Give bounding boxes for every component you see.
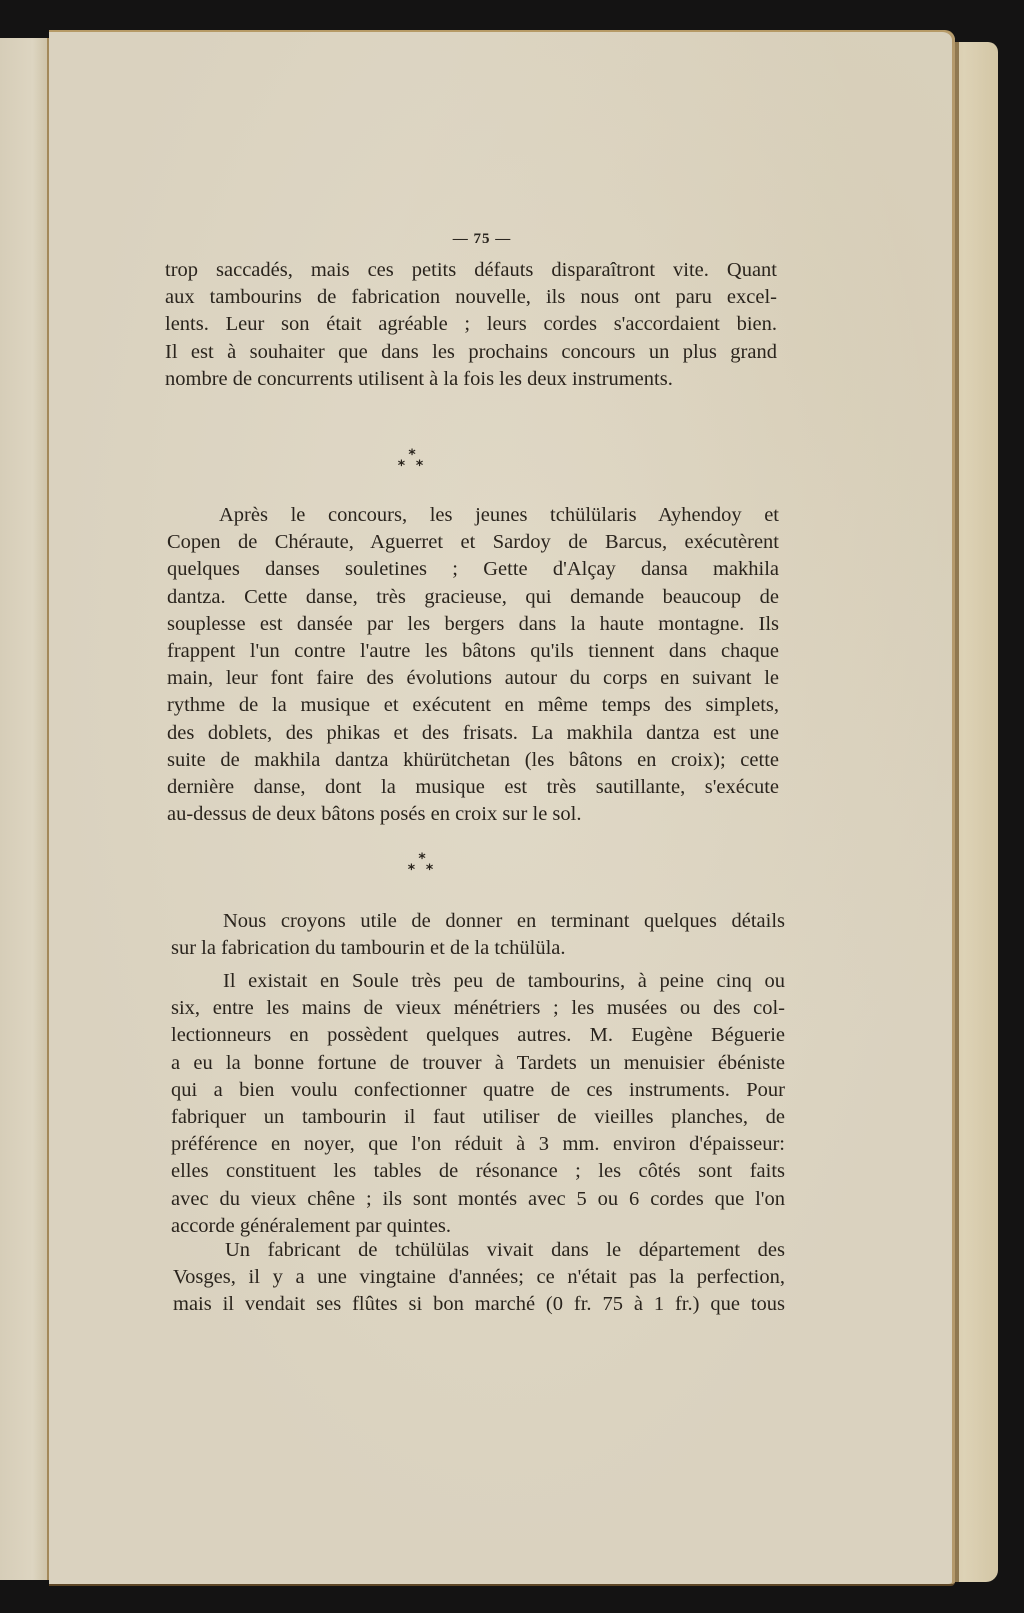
text-line: nombre de concurrents utilisent à la foi…	[165, 366, 777, 393]
text-line: quelques danses souletines ; Gette d'Alç…	[167, 556, 779, 583]
text-line: Nous croyons utile de donner en terminan…	[171, 908, 785, 935]
page-number: — 75 —	[9, 231, 955, 248]
text-line: au-dessus de deux bâtons posés en croix …	[167, 801, 779, 828]
scanned-page: — 75 — trop saccadés, mais ces petits dé…	[49, 30, 955, 1586]
text-line: aux tambourins de fabrication nouvelle, …	[165, 284, 777, 311]
text-line: a eu la bonne fortune de trouver à Tarde…	[171, 1050, 785, 1077]
asterism-divider: * * *	[0, 854, 875, 876]
text-line: dernière danse, dont la musique est très…	[167, 774, 779, 801]
previous-page-edge	[0, 38, 49, 1580]
text-line: trop saccadés, mais ces petits défauts d…	[165, 257, 777, 284]
text-line: fabriquer un tambourin il faut utiliser …	[171, 1104, 785, 1131]
asterism-divider: * * *	[0, 450, 865, 472]
text-line: mais il vendait ses flûtes si bon marché…	[173, 1291, 785, 1318]
text-line: accorde généralement par quintes.	[171, 1213, 785, 1240]
text-line: Après le concours, les jeunes tchülülari…	[167, 502, 779, 529]
text-line: qui a bien voulu confectionner quatre de…	[171, 1077, 785, 1104]
text-line: Un fabricant de tchülülas vivait dans le…	[173, 1237, 785, 1264]
text-line: Vosges, il y a une vingtaine d'années; c…	[173, 1264, 785, 1291]
text-line: Il est à souhaiter que dans les prochain…	[165, 339, 777, 366]
text-line: sur la fabrication du tambourin et de la…	[171, 935, 785, 962]
text-line: elles constituent les tables de résonanc…	[171, 1158, 785, 1185]
paragraph-tchulula-maker: Un fabricant de tchülülas vivait dans le…	[173, 1237, 785, 1319]
text-line: main, leur font faire des évolutions aut…	[167, 665, 779, 692]
paragraph-tambourins-quality: trop saccadés, mais ces petits défauts d…	[165, 257, 777, 393]
text-line: souplesse est dansée par les bergers dan…	[167, 611, 779, 638]
text-line: suite de makhila dantza khürütchetan (le…	[167, 747, 779, 774]
text-line: des doblets, des phikas et des frisats. …	[167, 720, 779, 747]
paragraph-fabrication-intro: Nous croyons utile de donner en terminan…	[171, 908, 785, 962]
text-line: frappent l'un contre l'autre les bâtons …	[167, 638, 779, 665]
text-line: dantza. Cette danse, très gracieuse, qui…	[167, 584, 779, 611]
text-line: préférence en noyer, que l'on réduit à 3…	[171, 1131, 785, 1158]
paragraph-tambourin-fabrication: Il existait en Soule très peu de tambour…	[171, 968, 785, 1240]
page-edge-shadow	[955, 42, 959, 1582]
text-line: avec du vieux chêne ; ils sont montés av…	[171, 1186, 785, 1213]
text-line: six, entre les mains de vieux ménétriers…	[171, 995, 785, 1022]
paragraph-makhila-dantza: Après le concours, les jeunes tchülülari…	[167, 502, 779, 828]
text-line: Copen de Chéraute, Aguerret et Sardoy de…	[167, 529, 779, 556]
text-line: lectionneurs en possèdent quelques autre…	[171, 1022, 785, 1049]
text-line: Il existait en Soule très peu de tambour…	[171, 968, 785, 995]
text-line: rythme de la musique et exécutent en mêm…	[167, 692, 779, 719]
text-line: lents. Leur son était agréable ; leurs c…	[165, 311, 777, 338]
